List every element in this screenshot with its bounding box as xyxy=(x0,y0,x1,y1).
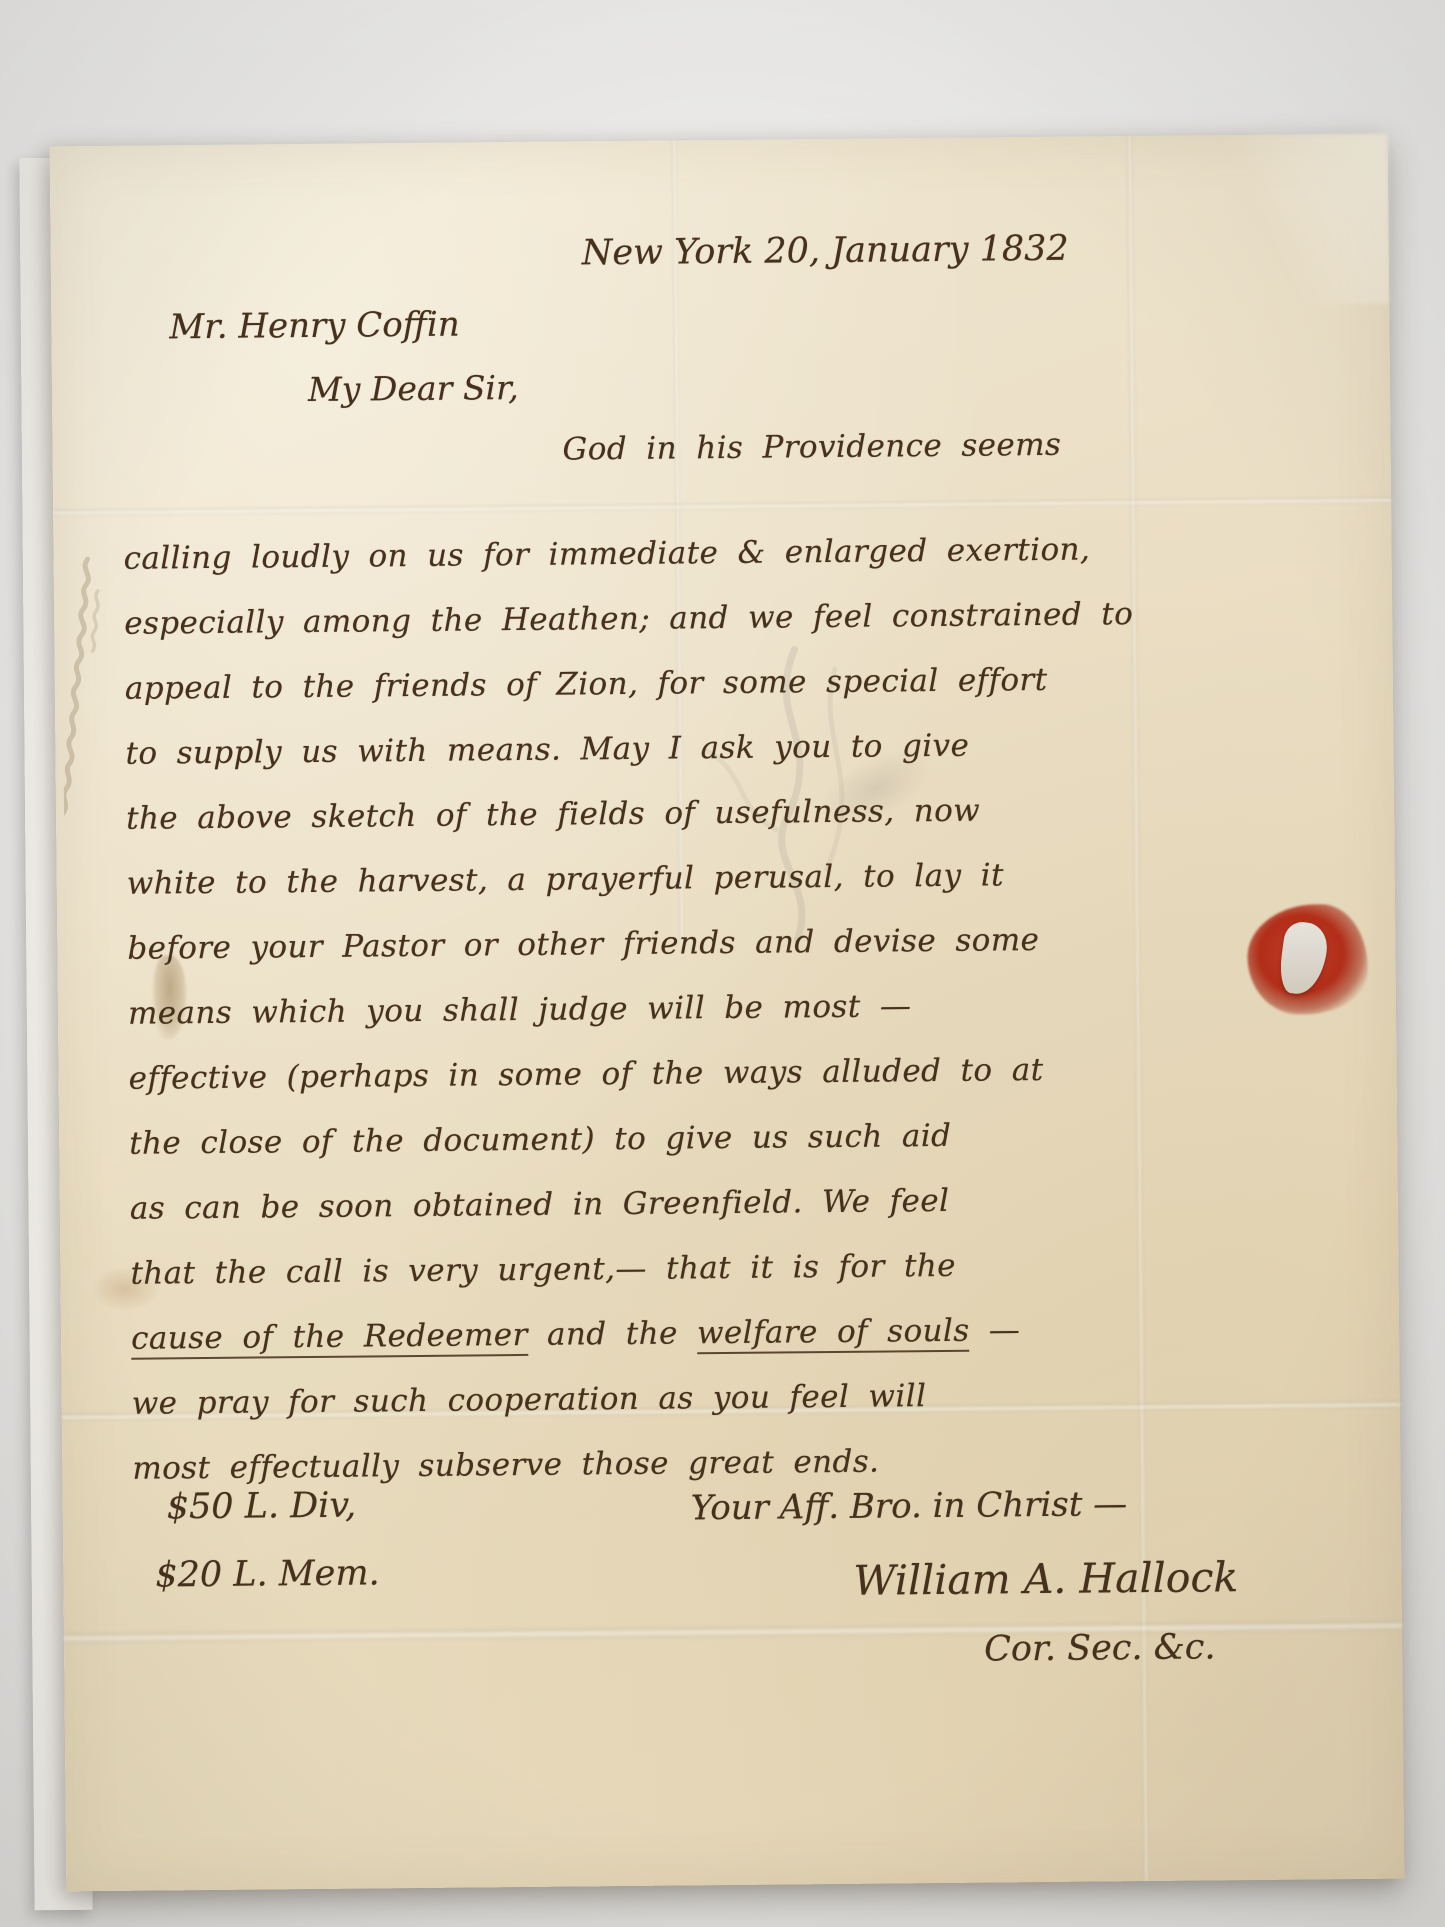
letter-line: white to the harvest, a prayerful perusa… xyxy=(126,842,1139,917)
underlined-phrase: cause of the Redeemer xyxy=(131,1317,528,1360)
donation-note-2: $20 L. Mem. xyxy=(155,1553,380,1595)
letter-body: God in his Providence seems calling loud… xyxy=(122,412,1144,1502)
underlined-phrase: welfare of souls xyxy=(697,1313,970,1355)
letter-line: as can be soon obtained in Greenfield. W… xyxy=(130,1167,1143,1242)
corner-buckle xyxy=(1158,134,1390,306)
wax-seal-blob xyxy=(1247,904,1368,1015)
recipient-line: Mr. Henry Coffin xyxy=(169,305,460,348)
letter-line-segment: and the xyxy=(528,1315,698,1353)
letter-line: we pray for such cooperation as you feel… xyxy=(131,1362,1144,1437)
letter-line: before your Pastor or other friends and … xyxy=(127,907,1140,982)
closing-line: Your Aff. Bro. in Christ — xyxy=(691,1484,1128,1528)
letter-line: that the call is very urgent,— that it i… xyxy=(130,1232,1143,1307)
photo-background: New York 20, January 1832 Mr. Henry Coff… xyxy=(0,0,1445,1927)
letter-line: to supply us with means. May I ask you t… xyxy=(125,712,1138,787)
signature-title: Cor. Sec. &c. xyxy=(984,1627,1216,1669)
dateline: New York 20, January 1832 xyxy=(121,229,1069,278)
letter-sheet: New York 20, January 1832 Mr. Henry Coff… xyxy=(50,134,1405,1892)
pencil-inscription-marks xyxy=(62,551,111,851)
letter-line-underlined: cause of the Redeemer and the welfare of… xyxy=(131,1297,1144,1372)
letter-line: God in his Providence seems xyxy=(122,412,1135,487)
letter-line: effective (perhaps in some of the ways a… xyxy=(128,1037,1141,1112)
letter-line: especially among the Heathen; and we fee… xyxy=(124,582,1137,657)
salutation: My Dear Sir, xyxy=(308,368,519,409)
letter-line: the close of the document) to give us su… xyxy=(129,1102,1142,1177)
signature: William A. Hallock xyxy=(853,1553,1238,1605)
letter-line-segment: — xyxy=(969,1312,1020,1348)
wax-seal-paper-tear xyxy=(1277,920,1330,997)
letter-line: appeal to the friends of Zion, for some … xyxy=(125,647,1138,722)
letter-line: the above sketch of the fields of useful… xyxy=(126,777,1139,852)
letter-line: means which you shall judge will be most… xyxy=(128,972,1141,1047)
letter-line: calling loudly on us for immediate & enl… xyxy=(123,517,1136,592)
wax-seal-remnant xyxy=(1247,904,1368,1015)
donation-note-1: $50 L. Div, xyxy=(167,1486,357,1528)
